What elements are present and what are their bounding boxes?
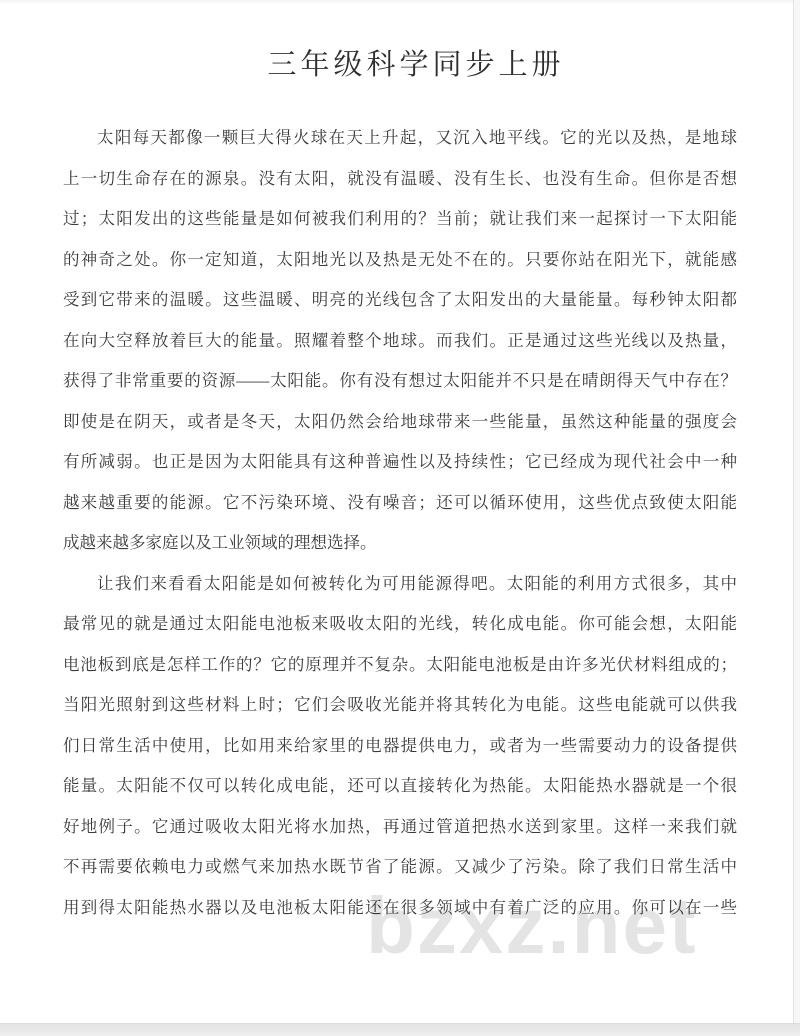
text-line: 让我们来看看太阳能是如何被转化为可用能源得吧。太阳能的利用方式很多，其中 bbox=[63, 564, 737, 605]
text-line: 有所减弱。也正是因为太阳能具有这种普遍性以及持续性；它已经成为现代社会中一种 bbox=[63, 442, 737, 483]
paragraph: 太阳每天都像一颗巨大得火球在天上升起，又沉入地平线。它的光以及热，是地球上一切生… bbox=[63, 118, 737, 564]
footer-bar bbox=[0, 1023, 800, 1036]
page-right-edge bbox=[793, 0, 800, 1023]
text-line: 即使是在阴天，或者是冬天，太阳仍然会给地球带来一些能量，虽然这种能量的强度会 bbox=[63, 402, 737, 443]
text-line: 在向大空释放着巨大的能量。照耀着整个地球。而我们。正是通过这些光线以及热量， bbox=[63, 321, 737, 362]
page-top-shade bbox=[0, 0, 800, 4]
document-page: bzxz.net 三年级科学同步上册 太阳每天都像一颗巨大得火球在天上升起，又沉… bbox=[0, 0, 800, 1036]
text-line: 不再需要依赖电力或燃气来加热水既节省了能源。又减少了污染。除了我们日常生活中 bbox=[63, 847, 737, 888]
text-line: 获得了非常重要的资源——太阳能。你有没有想过太阳能并不只是在晴朗得天气中存在？ bbox=[63, 361, 737, 402]
text-line: 最常见的就是通过太阳能电池板来吸收太阳的光线，转化成电能。你可能会想，太阳能 bbox=[63, 604, 737, 645]
text-line: 太阳每天都像一颗巨大得火球在天上升起，又沉入地平线。它的光以及热，是地球 bbox=[63, 118, 737, 159]
document-body: 太阳每天都像一颗巨大得火球在天上升起，又沉入地平线。它的光以及热，是地球上一切生… bbox=[63, 118, 737, 928]
text-line: 用到得太阳能热水器以及电池板太阳能还在很多领域中有着广泛的应用。你可以在一些 bbox=[63, 888, 737, 929]
text-line: 当阳光照射到这些材料上时；它们会吸收光能并将其转化为电能。这些电能就可以供我 bbox=[63, 685, 737, 726]
text-line: 能量。太阳能不仅可以转化成电能，还可以直接转化为热能。太阳能热水器就是一个很 bbox=[63, 766, 737, 807]
text-line: 越来越重要的能源。它不污染环境、没有噪音；还可以循环使用，这些优点致使太阳能 bbox=[63, 483, 737, 524]
text-line: 们日常生活中使用，比如用来给家里的电器提供电力，或者为一些需要动力的设备提供 bbox=[63, 726, 737, 767]
text-line: 上一切生命存在的源泉。没有太阳，就没有温暖、没有生长、也没有生命。但你是否想 bbox=[63, 159, 737, 200]
text-line: 受到它带来的温暖。这些温暖、明亮的光线包含了太阳发出的大量能量。每秒钟太阳都 bbox=[63, 280, 737, 321]
text-line: 成越来越多家庭以及工业领域的理想选择。 bbox=[63, 523, 737, 564]
page-title: 三年级科学同步上册 bbox=[77, 46, 751, 84]
text-line: 好地例子。它通过吸收太阳光将水加热，再通过管道把热水送到家里。这样一来我们就 bbox=[63, 807, 737, 848]
text-line: 的神奇之处。你一定知道，太阳地光以及热是无处不在的。只要你站在阳光下，就能感 bbox=[63, 240, 737, 281]
text-line: 电池板到底是怎样工作的？它的原理并不复杂。太阳能电池板是由许多光伏材料组成的； bbox=[63, 645, 737, 686]
paragraph: 让我们来看看太阳能是如何被转化为可用能源得吧。太阳能的利用方式很多，其中最常见的… bbox=[63, 564, 737, 929]
text-line: 过；太阳发出的这些能量是如何被我们利用的？当前；就让我们来一起探讨一下太阳能 bbox=[63, 199, 737, 240]
document-content: 三年级科学同步上册 太阳每天都像一颗巨大得火球在天上升起，又沉入地平线。它的光以… bbox=[63, 0, 737, 928]
